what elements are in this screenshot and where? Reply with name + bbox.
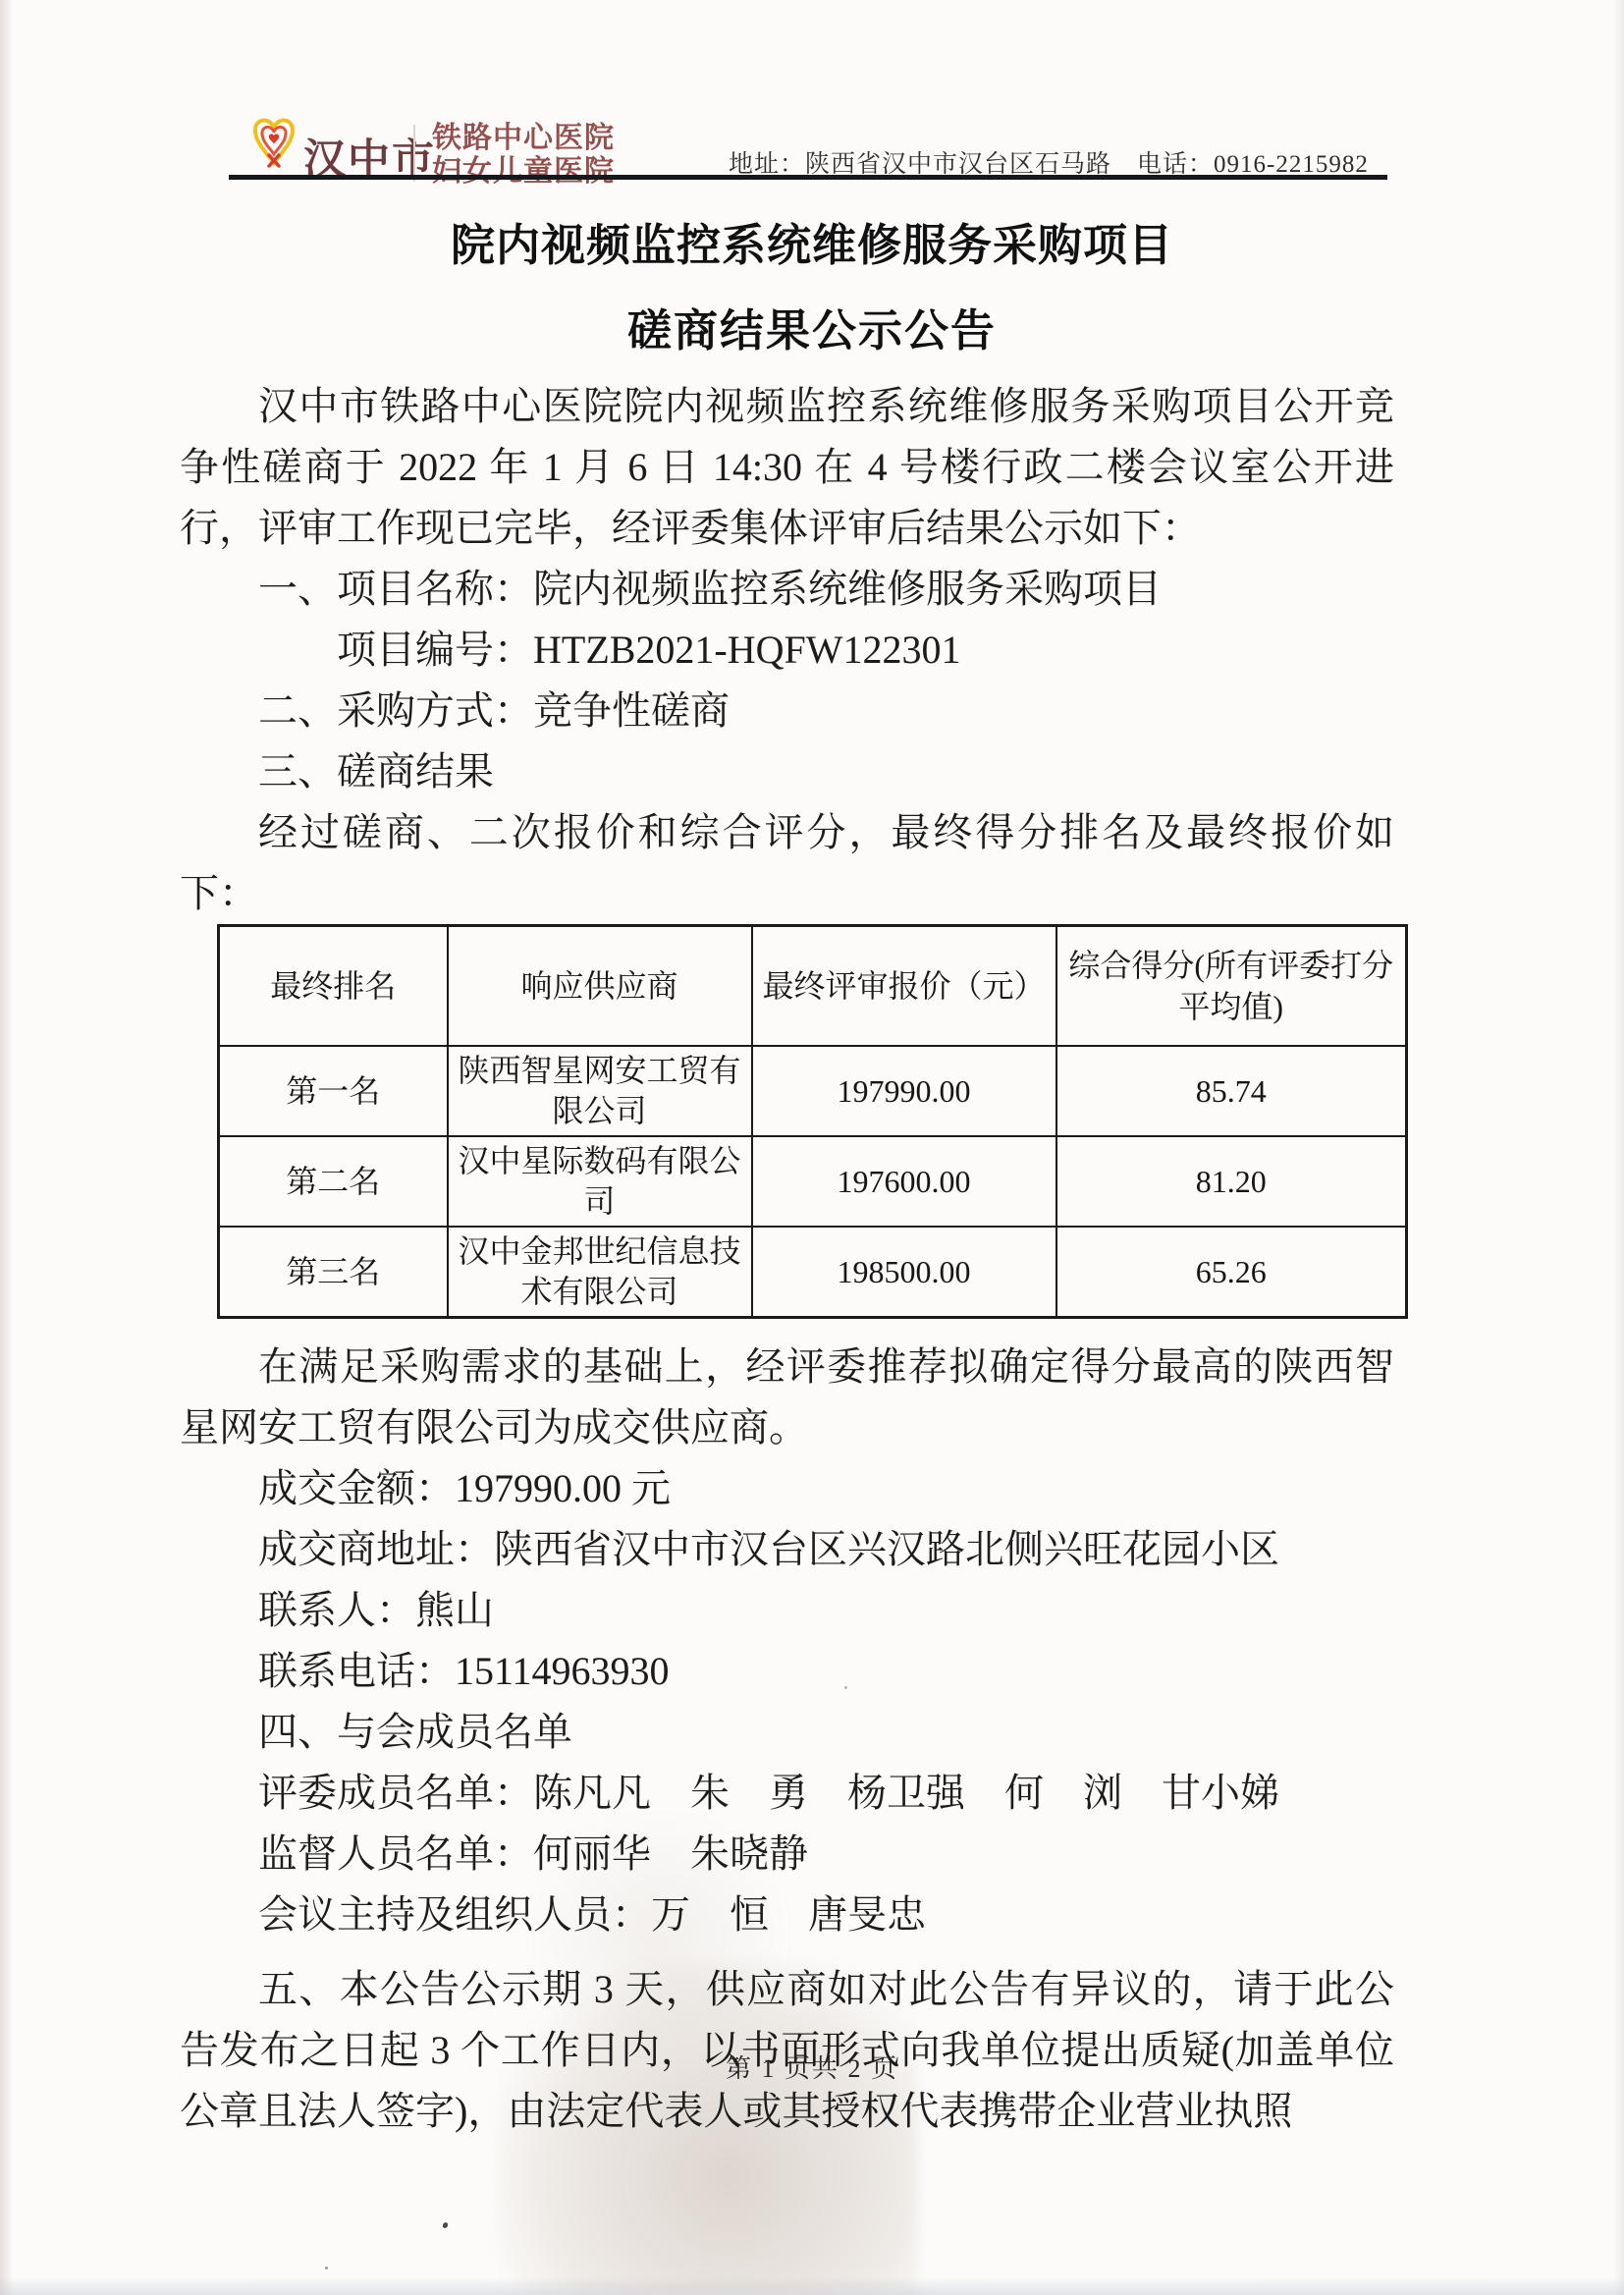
document-title: 院内视频监控系统维修服务采购项目	[0, 209, 1624, 273]
score-cell: 65.26	[1056, 1227, 1407, 1318]
hosts-list: 会议主持及组织人员：万 恒 唐旻忠	[180, 1885, 1394, 1945]
price-cell: 198500.00	[752, 1227, 1056, 1318]
rank-cell: 第一名	[219, 1046, 448, 1136]
supplier-cell: 陕西智星网安工贸有限公司	[448, 1046, 752, 1136]
intro-paragraph: 汉中市铁路中心医院院内视频监控系统维修服务采购项目公开竞争性磋商于 2022 年…	[180, 376, 1394, 559]
hospital-logo-heart-icon	[251, 115, 297, 170]
scan-speck	[325, 2267, 328, 2269]
judges-list: 评委成员名单：陈凡凡 朱 勇 杨卫强 何 浏 甘小娣	[180, 1763, 1394, 1824]
score-cell: 81.20	[1056, 1136, 1407, 1227]
supplier-cell: 汉中金邦世纪信息技术有限公司	[448, 1227, 752, 1318]
header-final-rank: 最终排名	[219, 926, 448, 1047]
hospital-name-line1: 铁路中心医院	[432, 122, 615, 155]
scan-speck	[442, 2221, 449, 2229]
deal-amount: 成交金额：197990.00 元	[180, 1458, 1394, 1519]
header-final-price: 最终评审报价（元）	[752, 926, 1056, 1047]
contact-phone: 联系电话：15114963930	[180, 1641, 1394, 1702]
price-cell: 197600.00	[752, 1136, 1056, 1227]
winner-address: 成交商地址：陕西省汉中市汉台区兴汉路北侧兴旺花园小区	[180, 1519, 1394, 1580]
item-negotiation-result: 三、磋商结果	[180, 741, 1394, 802]
item-procurement-method: 二、采购方式：竞争性磋商	[180, 681, 1394, 741]
table-row: 第一名 陕西智星网安工贸有限公司 197990.00 85.74	[219, 1046, 1407, 1136]
ranking-table: 最终排名 响应供应商 最终评审报价（元） 综合得分(所有评委打分平均值) 第一名…	[217, 924, 1408, 1319]
rank-cell: 第三名	[219, 1227, 448, 1318]
item-project-number: 项目编号：HTZB2021-HQFW122301	[180, 620, 1394, 681]
award-paragraph: 在满足采购需求的基础上，经评委推荐拟确定得分最高的陕西智星网安工贸有限公司为成交…	[180, 1337, 1394, 1458]
rank-cell: 第二名	[219, 1136, 448, 1227]
document-subtitle: 磋商结果公示公告	[0, 295, 1624, 358]
item-project-name: 一、项目名称：院内视频监控系统维修服务采购项目	[180, 559, 1394, 620]
masthead-rule	[229, 175, 1387, 180]
table-intro: 经过磋商、二次报价和综合评分，最终得分排名及最终报价如下：	[180, 802, 1394, 924]
hospital-name-line2: 妇女儿童医院	[432, 155, 615, 189]
table-header-row: 最终排名 响应供应商 最终评审报价（元） 综合得分(所有评委打分平均值)	[219, 926, 1407, 1047]
supplier-cell: 汉中星际数码有限公司	[448, 1136, 752, 1227]
score-cell: 85.74	[1056, 1046, 1407, 1136]
header-composite-score: 综合得分(所有评委打分平均值)	[1056, 926, 1407, 1047]
header-supplier: 响应供应商	[448, 926, 752, 1047]
contact-person: 联系人：熊山	[180, 1580, 1394, 1641]
table-row: 第二名 汉中星际数码有限公司 197600.00 81.20	[219, 1136, 1407, 1227]
item-attendee-list: 四、与会成员名单	[180, 1702, 1394, 1763]
supervisors-list: 监督人员名单：何丽华 朱晓静	[180, 1824, 1394, 1885]
table-row: 第三名 汉中金邦世纪信息技术有限公司 198500.00 65.26	[219, 1227, 1407, 1318]
page-number: 第 1 页共 2 页	[0, 2049, 1624, 2085]
price-cell: 197990.00	[752, 1046, 1056, 1136]
logo-divider	[413, 125, 415, 182]
scanned-announcement-page: 汉中市 铁路中心医院 妇女儿童医院 地址：陕西省汉中市汉台区石马路 电话：091…	[0, 0, 1624, 2295]
document-body: 汉中市铁路中心医院院内视频监控系统维修服务采购项目公开竞争性磋商于 2022 年…	[180, 376, 1394, 2142]
